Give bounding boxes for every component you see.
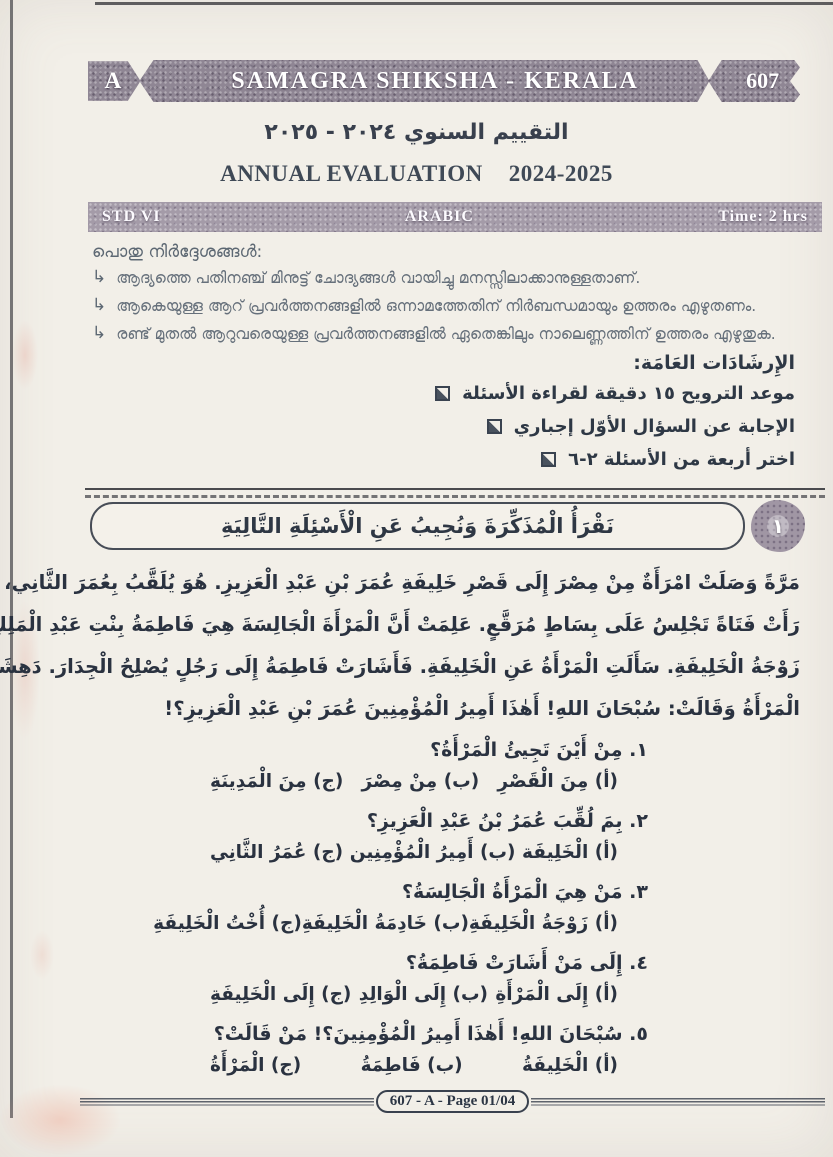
option-b: (ب) فَاطِمَةُ xyxy=(361,1051,463,1081)
std-label: STD VI xyxy=(102,208,161,226)
evaluation-year: 2024-2025 xyxy=(509,161,613,186)
option-c: (ج) الْمَرْأَةُ xyxy=(210,1051,301,1081)
paper-title: SAMAGRA SHIKSHA - KERALA xyxy=(152,60,718,102)
option-b: (ب) خَادِمَةُ الْخَلِيفَةِ xyxy=(302,909,469,939)
question1-header: نَقْرَأُ الْمُذَكِّرَةَ وَنُجِيبُ عَنِ ا… xyxy=(90,500,805,552)
option-a: (أ) مِنَ الْقَصْرِ xyxy=(497,767,618,797)
footer-rule-left xyxy=(80,1098,374,1106)
question-text: ٣. مَنْ هِيَ الْمَرْأَةُ الْجَالِسَةُ؟ xyxy=(40,877,648,907)
sub-question: ٤. إِلَى مَنْ أَشَارَتْ فَاطِمَةُ؟ (أ) إ… xyxy=(40,948,648,1010)
checkbox-icon xyxy=(487,419,502,434)
instructions-heading-ar: الإِرشَادَات العَامَة: xyxy=(0,350,795,377)
instruction-text: الإجابة عن السؤال الأوّل إجباري xyxy=(514,410,795,443)
options-row: (أ) الْخَلِيفَةُ (ب) فَاطِمَةُ (ج) الْمَ… xyxy=(210,1051,618,1081)
passage-line: الْمَرْأَةُ وَقَالَتْ: سُبْحَانَ اللهِ! … xyxy=(50,688,800,730)
option-c: (ج) مِنَ الْمَدِينَةِ xyxy=(210,767,343,797)
arabic-evaluation-title: التقييم السنوي ٢٠٢٤ - ٢٠٢٥ xyxy=(0,118,833,148)
bullet-arrow-icon: ↳ xyxy=(92,264,106,291)
instruction-item: اختر أربعة من الأسئلة ٢-٦ xyxy=(0,443,795,476)
instruction-item: ↳ രണ്ട് മുതൽ ആറുവരെയുള്ള പ്രവർത്തനങ്ങളിൽ… xyxy=(92,321,813,348)
instruction-text: موعد الترويح ١٥ دقيقة لقراءة الأسئلة xyxy=(462,377,795,410)
sub-question: ١. مِنْ أَيْنَ تَجِيئُ الْمَرْأَةُ؟ (أ) … xyxy=(40,735,648,797)
instruction-item: موعد الترويح ١٥ دقيقة لقراءة الأسئلة xyxy=(0,377,795,410)
options-row: (أ) الْخَلِيفَة (ب) أَمِيرُ الْمُؤْمِنِي… xyxy=(210,838,618,868)
evaluation-title-text: ANNUAL EVALUATION xyxy=(220,161,483,186)
scanned-exam-page: A SAMAGRA SHIKSHA - KERALA 607 التقييم ا… xyxy=(0,0,833,1157)
question-banner: نَقْرَأُ الْمُذَكِّرَةَ وَنُجِيبُ عَنِ ا… xyxy=(90,502,745,550)
header-ribbon: A SAMAGRA SHIKSHA - KERALA 607 xyxy=(88,60,800,102)
options-row: (أ) إِلَى الْمَرْأَةِ (ب) إِلَى الْوَالِ… xyxy=(210,980,618,1010)
instruction-text: اختر أربعة من الأسئلة ٢-٦ xyxy=(568,443,795,476)
option-c: (ج) أُخْتُ الْخَلِيفَةِ xyxy=(153,909,302,939)
option-a: (أ) الْخَلِيفَةُ xyxy=(522,1051,618,1081)
sub-questions: ١. مِنْ أَيْنَ تَجِيئُ الْمَرْأَةُ؟ (أ) … xyxy=(40,735,648,1081)
option-b: (ب) إِلَى الْوَالِدِ xyxy=(359,980,488,1010)
passage-line: رَأَتْ فَتَاةً تَجْلِسُ عَلَى بِسَاطٍ مُ… xyxy=(50,604,800,646)
option-c: (ج) عُمَرُ الثَّانِي xyxy=(210,838,343,868)
question-number-badge: ١ xyxy=(751,500,805,552)
instruction-text: രണ്ട് മുതൽ ആറുവരെയുള്ള പ്രവർത്തനങ്ങളിൽ ഏ… xyxy=(116,321,775,348)
instruction-item: الإجابة عن السؤال الأوّل إجباري xyxy=(0,410,795,443)
sub-question: ٢. بِمَ لُقِّبَ عُمَرُ بْنُ عَبْدِ الْعَ… xyxy=(40,806,648,868)
checkbox-icon xyxy=(435,386,450,401)
bullet-arrow-icon: ↳ xyxy=(92,320,106,347)
instruction-text: ആദ്യത്തെ പതിനഞ്ച് മിനുട്ട് ചോദ്യങ്ങൾ വായ… xyxy=(116,265,640,292)
options-row: (أ) مِنَ الْقَصْرِ (ب) مِنْ مِصْرَ (ج) م… xyxy=(210,767,618,797)
sub-question: ٥. سُبْحَانَ اللهِ! أَهٰذَا أَمِيرُ الْم… xyxy=(40,1019,648,1081)
question-text: ٥. سُبْحَانَ اللهِ! أَهٰذَا أَمِيرُ الْم… xyxy=(40,1019,648,1049)
option-a: (أ) إِلَى الْمَرْأَةِ xyxy=(495,980,618,1010)
question-text: ١. مِنْ أَيْنَ تَجِيئُ الْمَرْأَةُ؟ xyxy=(40,735,648,765)
arabic-instructions: الإِرشَادَات العَامَة: موعد الترويح ١٥ د… xyxy=(0,350,795,476)
english-evaluation-title: ANNUAL EVALUATION2024-2025 xyxy=(0,160,833,188)
meta-bar: STD VI ARABIC Time: 2 hrs xyxy=(88,202,822,232)
question-text: ٤. إِلَى مَنْ أَشَارَتْ فَاطِمَةُ؟ xyxy=(40,948,648,978)
question-text: ٢. بِمَ لُقِّبَ عُمَرُ بْنُ عَبْدِ الْعَ… xyxy=(40,806,648,836)
bullet-arrow-icon: ↳ xyxy=(92,292,106,319)
page-footer: 607 - A - Page 01/04 xyxy=(80,1090,825,1113)
passage-line: زَوْجَةُ الْخَلِيفَةِ. سَأَلَتِ الْمَرْأ… xyxy=(50,646,800,688)
footer-rule-right xyxy=(531,1098,825,1106)
sub-question: ٣. مَنْ هِيَ الْمَرْأَةُ الْجَالِسَةُ؟ (… xyxy=(40,877,648,939)
instructions-heading-ml: പൊതു നിർദ്ദേശങ്ങൾ: xyxy=(92,240,813,264)
time-label: Time: 2 hrs xyxy=(718,208,808,226)
variant-badge: A xyxy=(88,60,138,102)
section-divider-dashed xyxy=(85,495,825,498)
paper-code-badge: 607 xyxy=(725,60,800,102)
instruction-text: ആകെയുള്ള ആറ് പ്രവർത്തനങ്ങളിൽ ഒന്നാമത്തേത… xyxy=(116,293,756,320)
subject-label: ARABIC xyxy=(405,208,474,226)
option-b: (ب) أَمِيرُ الْمُؤْمِنِين xyxy=(350,838,516,868)
passage-line: مَرَّةً وَصَلَتْ امْرَأَةٌ مِنْ مِصْرَ إ… xyxy=(50,562,800,604)
option-c: (ج) إِلَى الْخَلِيفَةِ xyxy=(210,980,351,1010)
malayalam-instructions: പൊതു നിർദ്ദേശങ്ങൾ: ↳ ആദ്യത്തെ പതിനഞ്ച് മ… xyxy=(92,240,813,348)
options-row: (أ) زَوْجَةُ الْخَلِيفَةِ (ب) خَادِمَةُ … xyxy=(210,909,618,939)
option-a: (أ) الْخَلِيفَة xyxy=(522,838,618,868)
instruction-item: ↳ ആകെയുള്ള ആറ് പ്രവർത്തനങ്ങളിൽ ഒന്നാമത്ത… xyxy=(92,293,813,320)
section-divider xyxy=(85,488,825,490)
option-b: (ب) مِنْ مِصْرَ xyxy=(362,767,480,797)
instruction-item: ↳ ആദ്യത്തെ പതിനഞ്ച് മിനുട്ട് ചോദ്യങ്ങൾ വ… xyxy=(92,265,813,292)
reading-passage: مَرَّةً وَصَلَتْ امْرَأَةٌ مِنْ مِصْرَ إ… xyxy=(50,562,800,730)
option-a: (أ) زَوْجَةُ الْخَلِيفَةِ xyxy=(469,909,618,939)
checkbox-icon xyxy=(541,452,556,467)
footer-page-label: 607 - A - Page 01/04 xyxy=(376,1090,529,1113)
